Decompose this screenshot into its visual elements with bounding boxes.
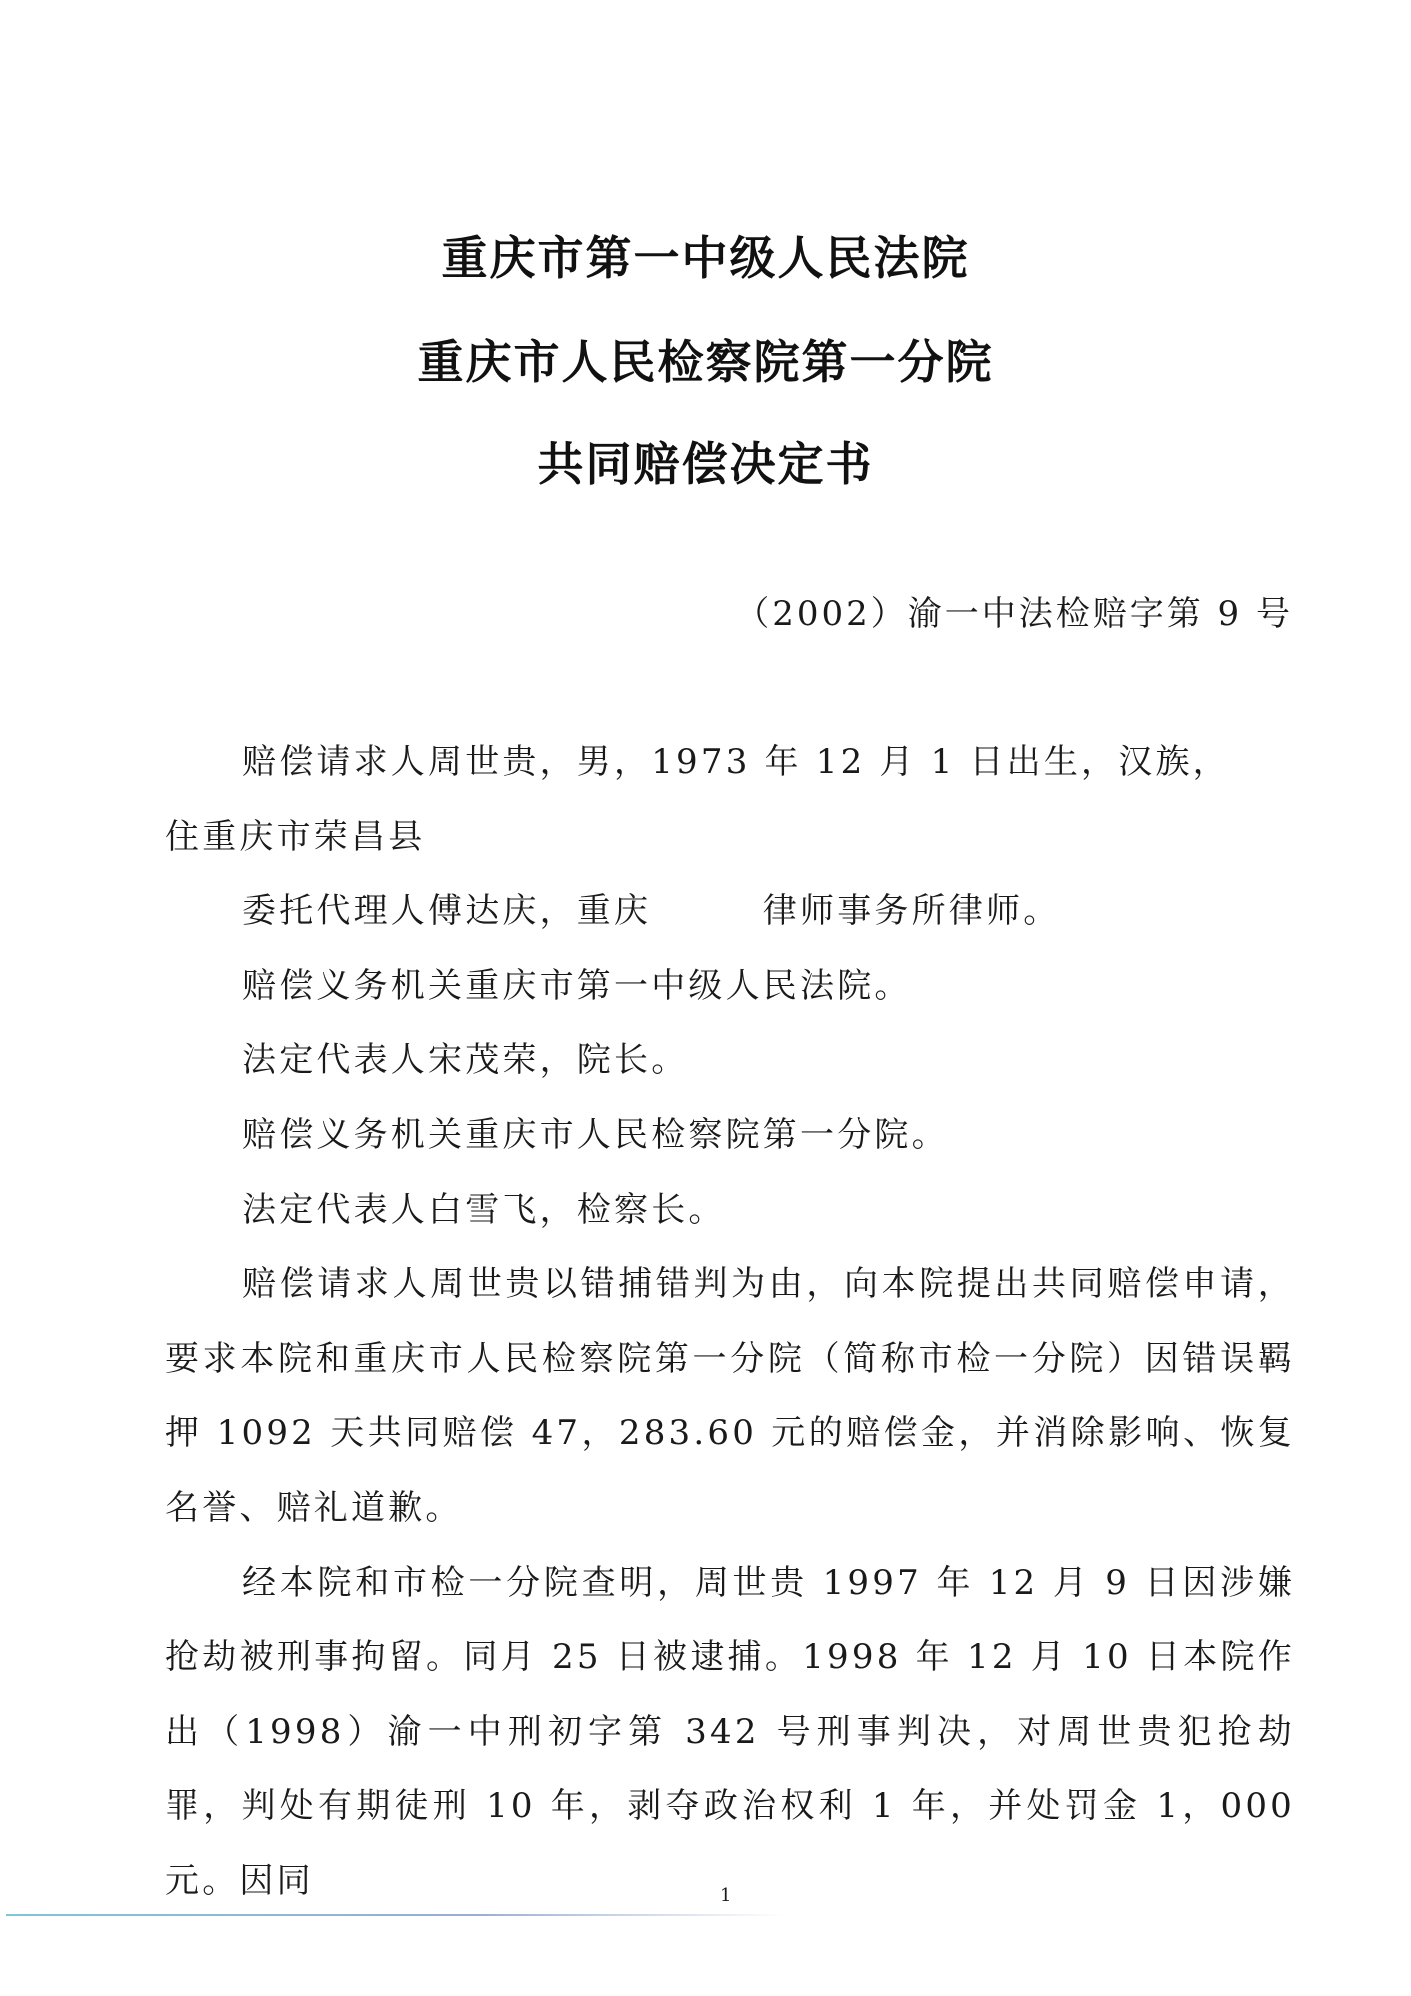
paragraph-obligor-court: 赔偿义务机关重庆市第一中级人民法院。 [165, 949, 1295, 1024]
footer-rule [6, 1914, 786, 1916]
paragraph-claimant: 赔偿请求人周世贵，男，1973 年 12 月 1 日出生，汉族， [165, 725, 1295, 800]
paragraph-procuratorate-representative: 法定代表人白雪飞，检察长。 [165, 1173, 1295, 1248]
paragraph-court-representative: 法定代表人宋茂荣，院长。 [165, 1023, 1295, 1098]
page-number: 1 [720, 1885, 731, 1906]
paragraph-residence: 住重庆市荣昌县 [165, 800, 1295, 875]
paragraph-agent: 委托代理人傅达庆，重庆 律师事务所律师。 [165, 874, 1295, 949]
title-decision: 共同赔偿决定书 [0, 428, 1411, 494]
title-court: 重庆市第一中级人民法院 [0, 222, 1411, 288]
document-number: （2002）渝一中法检赔字第 9 号 [735, 586, 1293, 635]
paragraph-claim: 赔偿请求人周世贵以错捕错判为由，向本院提出共同赔偿申请，要求本院和重庆市人民检察… [165, 1247, 1295, 1545]
paragraph-findings: 经本院和市检一分院查明，周世贵 1997 年 12 月 9 日因涉嫌抢劫被刑事拘… [165, 1546, 1295, 1919]
document-body: 赔偿请求人周世贵，男，1973 年 12 月 1 日出生，汉族， 住重庆市荣昌县… [165, 725, 1295, 1919]
title-procuratorate: 重庆市人民检察院第一分院 [0, 326, 1411, 392]
paragraph-obligor-procuratorate: 赔偿义务机关重庆市人民检察院第一分院。 [165, 1098, 1295, 1173]
